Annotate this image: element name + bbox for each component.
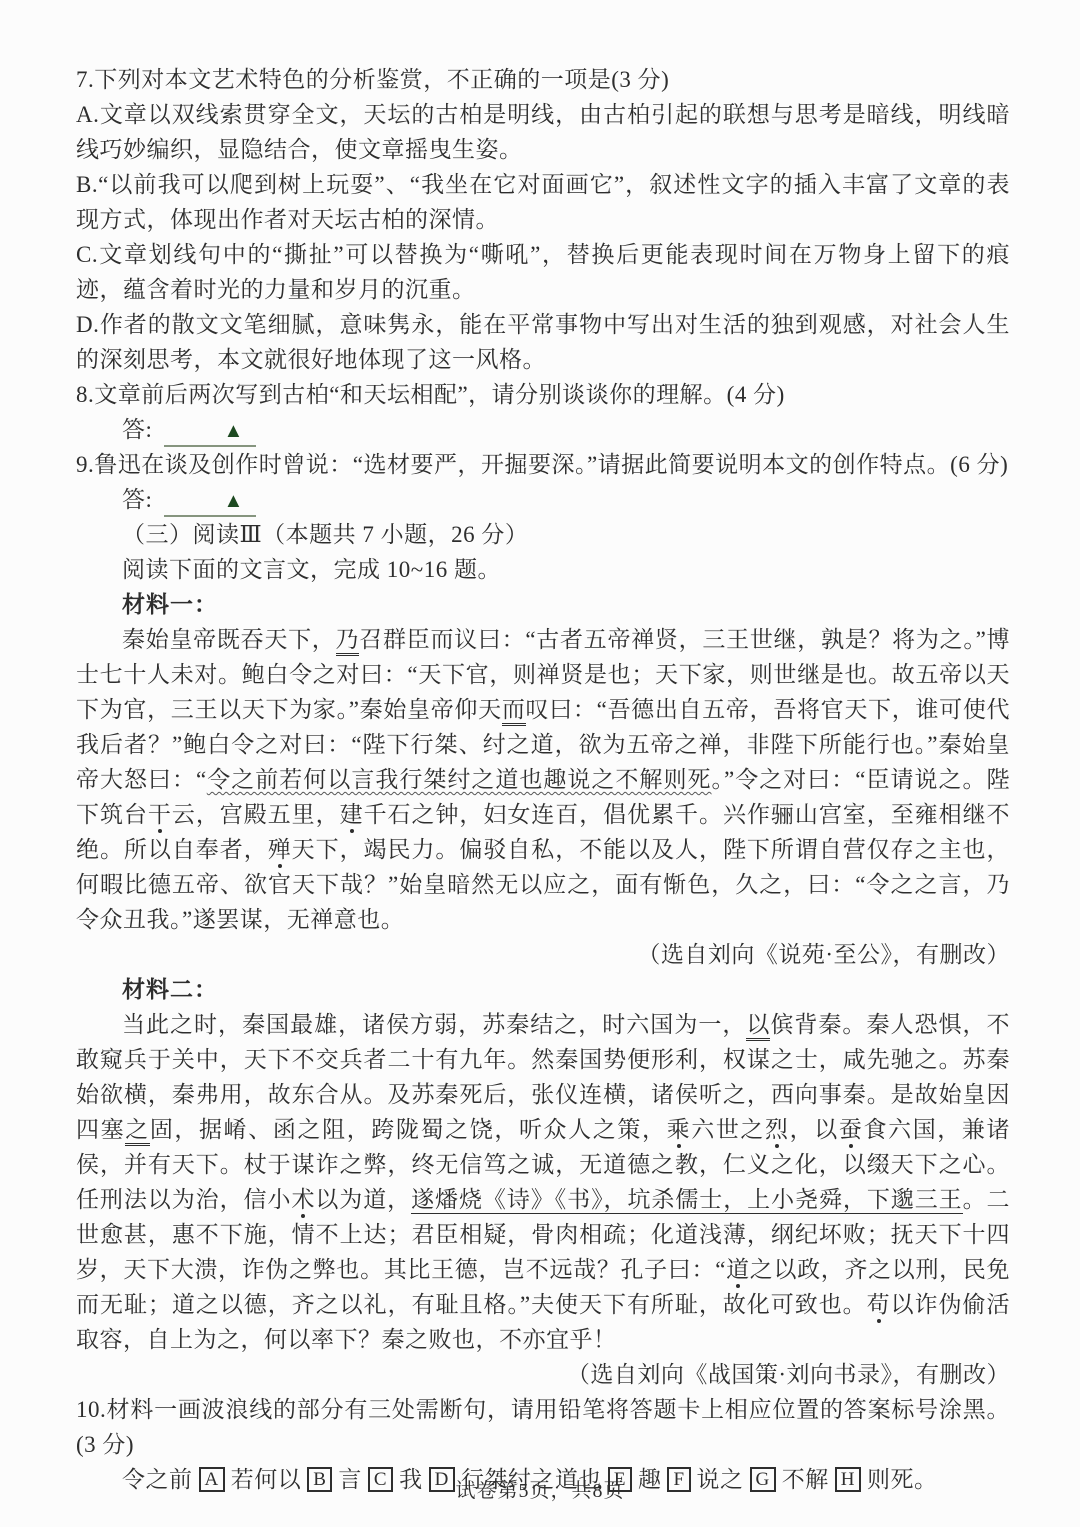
reading-instruction: 阅读下面的文言文，完成 10~16 题。 (76, 552, 1010, 587)
exam-content-column: 7.下列对本文艺术特色的分析鉴赏，不正确的一项是(3 分) A.文章以双线索贯穿… (76, 62, 1010, 1497)
text-run: D.作者的散文文笔细腻，意味隽永，能在平常事物中写出对生活的独到观感，对社会人生… (76, 312, 1010, 372)
material-2-text: 当此之时，秦国最雄，诸侯方弱，苏秦结之，时六国为一，以傧背秦。秦人恐惧，不敢窥兵… (76, 1007, 1010, 1357)
answer-blank-8: 答:▲ (76, 412, 1010, 447)
question-7-option-a: A.文章以双线索贯穿全文，天坛的古柏是明线，由古柏引起的联想与思考是暗线，明线暗… (76, 97, 1010, 167)
text-run: （选自刘向《战国策·刘向书录》，有删改） (567, 1362, 1010, 1387)
answer-blank-line: ▲ (164, 416, 256, 447)
emphasis-dot-char: 道 (726, 1257, 750, 1282)
double-underlined-word: 而 (502, 697, 526, 726)
text-run: 7.下列对本文艺术特色的分析鉴赏，不正确的一项是(3 分) (76, 67, 669, 92)
emphasis-dot-char: 殚 (268, 837, 292, 862)
text-run: 材料二： (122, 976, 218, 1002)
answer-blank-9: 答:▲ (76, 482, 1010, 517)
material-1-label: 材料一： (76, 587, 1010, 622)
question-7-option-d: D.作者的散文文笔细腻，意味隽永，能在平常事物中写出对生活的独到观感，对社会人生… (76, 307, 1010, 377)
text-run: ，以 (790, 1117, 839, 1142)
text-run: 固，据崤、函之阻，跨陇蜀之饶，听众人之策， (150, 1117, 667, 1142)
answer-blank-line: ▲ (164, 486, 256, 517)
text-run: 8.文章前后两次写到古柏“和天坛相配”，请分别谈谈你的理解。(4 分) (76, 382, 785, 407)
double-underlined-word: 以 (746, 1012, 770, 1041)
text-run: B.“以前我可以爬到树上玩耍”、“我坐在它对面画它”，叙述性文字的插入丰富了文章… (76, 172, 1010, 232)
emphasis-dot-char: 烈 (765, 1117, 790, 1142)
text-run: （选自刘向《说苑·至公》，有删改） (637, 942, 1010, 967)
wavy-underlined-clause: 令之前若何以言我行桀纣之道也趣说之不解则死 (207, 767, 712, 792)
question-8: 8.文章前后两次写到古柏“和天坛相配”，请分别谈谈你的理解。(4 分) (76, 377, 1010, 412)
emphasis-dot-char: 干 (148, 802, 172, 827)
answer-triangle-icon: ▲ (223, 420, 243, 442)
text-run: A.文章以双线索贯穿全文，天坛的古柏是明线，由古柏引起的联想与思考是暗线，明线暗… (76, 102, 1010, 162)
page-footer: 试卷第5页，共8页 (0, 1474, 1080, 1503)
material-2-label: 材料二： (76, 972, 1010, 1007)
text-run: 10.材料一画波浪线的部分有三处需断句，请用铅笔将答题卡上相应位置的答案标号涂黑… (76, 1397, 1010, 1457)
material-1-source: （选自刘向《说苑·至公》，有删改） (76, 937, 1010, 972)
emphasis-dot-char: 术 (291, 1187, 315, 1212)
exam-paper-page: 7.下列对本文艺术特色的分析鉴赏，不正确的一项是(3 分) A.文章以双线索贯穿… (0, 0, 1080, 1527)
text-run: 答: (122, 417, 152, 442)
text-run: 答: (122, 487, 152, 512)
material-2-source: （选自刘向《战国策·刘向书录》，有删改） (76, 1357, 1010, 1392)
underlined-clause: 遂燔烧《诗》《书》，坑杀儒士，上小尧舜，下邈三王 (411, 1187, 962, 1214)
emphasis-dot-char: 蚕 (839, 1117, 864, 1142)
text-run: 材料一： (122, 591, 218, 617)
emphasis-dot-char: 乘 (667, 1117, 692, 1142)
emphasis-dot-char: 建 (340, 802, 364, 827)
double-underlined-word: 之 (125, 1117, 150, 1146)
answer-triangle-icon: ▲ (223, 490, 243, 512)
question-7-option-b: B.“以前我可以爬到树上玩耍”、“我坐在它对面画它”，叙述性文字的插入丰富了文章… (76, 167, 1010, 237)
double-underlined-word: 乃 (336, 627, 360, 656)
material-1-text: 秦始皇帝既吞天下，乃召群臣而议曰：“古者五帝禅贤，三王世继，孰是？将为之。”博士… (76, 622, 1010, 937)
question-7-option-c: C.文章划线句中的“撕扯”可以替换为“嘶吼”，替换后更能表现时间在万物身上留下的… (76, 237, 1010, 307)
text-run: 9.鲁迅在谈及创作时曾说：“选材要严，开掘要深。”请据此简要说明本文的创作特点。… (76, 452, 1008, 477)
text-run: 秦始皇帝既吞天下， (122, 627, 336, 652)
text-run: 六世之 (691, 1117, 765, 1142)
text-run: 阅读下面的文言文，完成 10~16 题。 (122, 557, 501, 582)
question-7: 7.下列对本文艺术特色的分析鉴赏，不正确的一项是(3 分) (76, 62, 1010, 97)
question-9: 9.鲁迅在谈及创作时曾说：“选材要严，开掘要深。”请据此简要说明本文的创作特点。… (76, 447, 1010, 482)
section-3-heading: （三）阅读Ⅲ（本题共 7 小题，26 分） (76, 517, 1010, 552)
text-run: 当此之时，秦国最雄，诸侯方弱，苏秦结之，时六国为一， (122, 1012, 746, 1037)
text-run: 以为道， (315, 1187, 411, 1212)
emphasis-dot-char: 苟 (867, 1292, 891, 1317)
text-run: C.文章划线句中的“撕扯”可以替换为“嘶吼”，替换后更能表现时间在万物身上留下的… (76, 242, 1010, 302)
question-10: 10.材料一画波浪线的部分有三处需断句，请用铅笔将答题卡上相应位置的答案标号涂黑… (76, 1392, 1010, 1462)
text-run: （三）阅读Ⅲ（本题共 7 小题，26 分） (122, 522, 528, 547)
text-run: 云，宫殿五里， (172, 802, 340, 827)
